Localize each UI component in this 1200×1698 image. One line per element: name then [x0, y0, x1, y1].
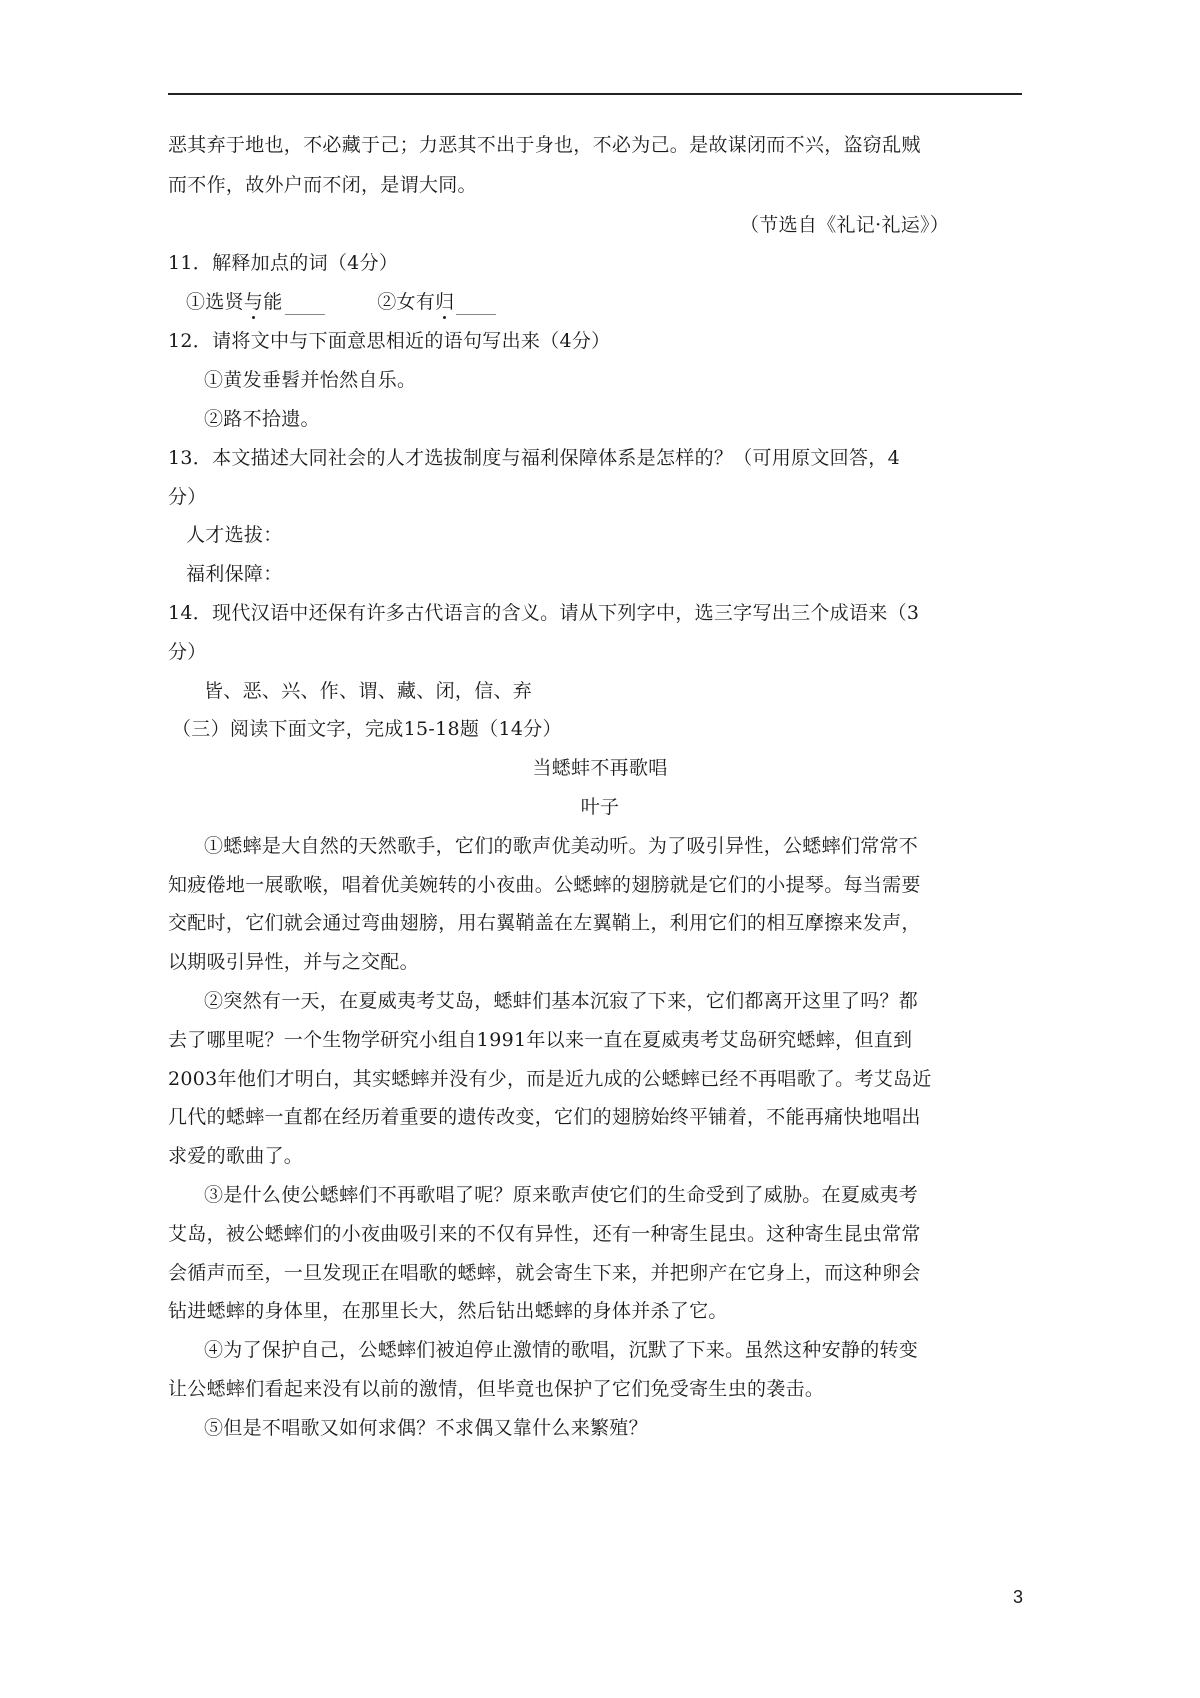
paragraph-line: 以期吸引异性，并与之交配。 [168, 949, 419, 975]
document-page: 恶其弃于地也，不必藏于己；力恶其不出于身也，不必为己。是故谋闭而不兴，盗窃乱贼 … [0, 0, 1200, 1698]
q11-item2-prefix: ②女有 [377, 291, 435, 313]
question-12-item: ②路不拾遗。 [204, 406, 320, 432]
section-heading: （三）阅读下面文字，完成15-18题（14分） [172, 716, 562, 742]
question-11-items: ①选贤与能 ②女有归 [186, 289, 496, 315]
q11-item1-suffix: 能 [263, 291, 282, 313]
paragraph-line: 2003年他们才明白，其实蟋蟀并没有少，而是近九成的公蟋蟀已经不再唱歌了。考艾岛… [168, 1066, 932, 1092]
question-11-title: 11．解释加点的词（4分） [168, 250, 398, 276]
paragraph-line: 钻进蟋蟀的身体里，在那里长大，然后钻出蟋蟀的身体并杀了它。 [168, 1298, 728, 1324]
paragraph-line: 求爱的歌曲了。 [168, 1143, 303, 1169]
answer-blank-2[interactable] [456, 296, 496, 315]
question-13-answer-label: 人才选拔： [186, 522, 283, 548]
question-13-title: 13．本文描述大同社会的人才选拔制度与福利保障体系是怎样的？（可用原文回答，4 [168, 445, 900, 471]
question-14-title-cont: 分） [168, 639, 207, 665]
paragraph-line: 去了哪里呢？一个生物学研究小组自1991年以来一直在夏威夷考艾岛研究蟋蟀，但直到 [168, 1027, 912, 1053]
answer-blank-1[interactable] [285, 296, 325, 315]
question-13-title-cont: 分） [168, 484, 207, 510]
question-14-chars: 皆、恶、兴、作、谓、藏、闭，信、弃 [204, 678, 532, 704]
paragraph-line: 艾岛，被公蟋蟀们的小夜曲吸引来的不仅有异性，还有一种寄生昆虫。这种寄生昆虫常常 [168, 1221, 921, 1247]
paragraph-line: ⑤但是不唱歌又如何求偶？不求偶又靠什么来繁殖？ [204, 1415, 648, 1441]
question-12-item: ①黄发垂髫并怡然自乐。 [204, 367, 416, 393]
question-14-title: 14．现代汉语中还保有许多古代语言的含义。请从下列字中，选三字写出三个成语来（3 [168, 600, 919, 626]
header-rule [168, 93, 1022, 95]
paragraph-line: 让公蟋蟀们看起来没有以前的激情，但毕竟也保护了它们免受寄生虫的袭击。 [168, 1376, 824, 1402]
paragraph-line: ④为了保护自己，公蟋蟀们被迫停止激情的歌唱，沉默了下来。虽然这种安静的转变 [204, 1337, 918, 1363]
paragraph-line: 交配时，它们就会通过弯曲翅膀，用右翼鞘盖在左翼鞘上，利用它们的相互摩擦来发声， [168, 910, 921, 936]
paragraph-line: ①蟋蟀是大自然的天然歌手，它们的歌声优美动听。为了吸引异性，公蟋蟀们常常不 [204, 833, 918, 859]
paragraph-line: 知疲倦地一展歌喉，唱着优美婉转的小夜曲。公蟋蟀的翅膀就是它们的小提琴。每当需要 [168, 872, 921, 898]
passage-line: 而不作，故外户而不闭，是谓大同。 [168, 172, 477, 198]
paragraph-line: ③是什么使公蟋蟀们不再歌唱了呢？原来歌声使它们的生命受到了威胁。在夏威夷考 [204, 1182, 918, 1208]
passage-source: （节选自《礼记·礼运》） [740, 212, 949, 238]
q11-item1-dotted: 与 [244, 291, 263, 313]
paragraph-line: 会循声而至，一旦发现正在唱歌的蟋蟀，就会寄生下来，并把卵产在它身上，而这种卵会 [168, 1260, 921, 1286]
q11-item1-prefix: ①选贤 [186, 291, 244, 313]
q11-item2-dotted: 归 [435, 291, 454, 313]
paragraph-line: 几代的蟋蟀一直都在经历着重要的遗传改变，它们的翅膀始终平铺着，不能再痛快地唱出 [168, 1104, 921, 1130]
question-13-answer-label: 福利保障： [186, 561, 283, 587]
passage-line: 恶其弃于地也，不必藏于己；力恶其不出于身也，不必为己。是故谋闭而不兴，盗窃乱贼 [168, 132, 921, 158]
article-author: 叶子 [0, 794, 1200, 820]
article-title: 当蟋蚌不再歌唱 [0, 755, 1200, 781]
paragraph-line: ②突然有一天，在夏威夷考艾岛，蟋蚌们基本沉寂了下来，它们都离开这里了吗？都 [204, 988, 918, 1014]
page-number: 3 [1013, 1587, 1023, 1608]
question-12-title: 12．请将文中与下面意思相近的语句写出来（4分） [168, 328, 610, 354]
